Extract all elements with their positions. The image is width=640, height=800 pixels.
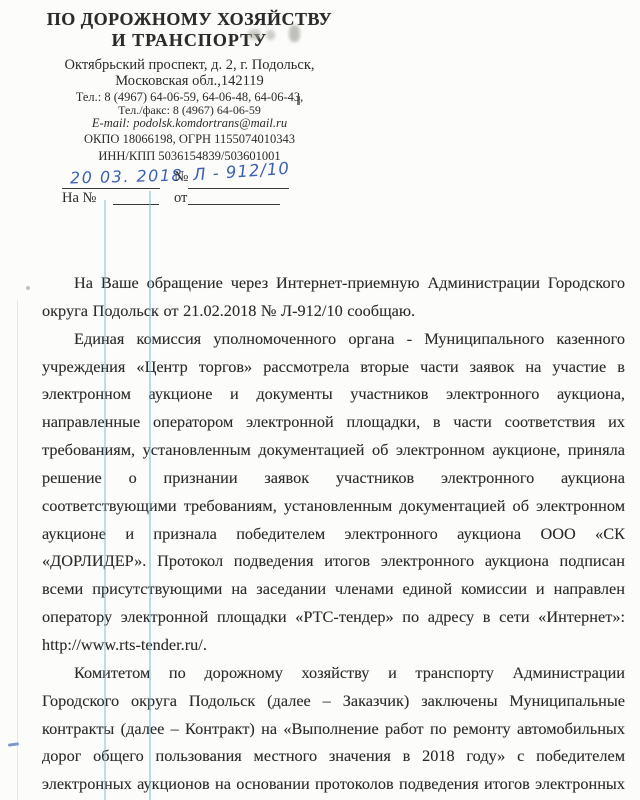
body-line: округа Подольск от 21.02.2018 № Л-912/10… bbox=[42, 297, 625, 325]
body-line: электронных аукционов на основании прото… bbox=[42, 770, 625, 798]
address-line2: Московская обл.,142119 bbox=[22, 74, 357, 89]
scan-artifact-dot bbox=[297, 96, 300, 105]
body-line: направленные оператором электронной площ… bbox=[42, 408, 625, 436]
body-line: «ДОРЛИДЕР». Протокол подведения итогов э… bbox=[42, 547, 625, 575]
number-sign-label: № bbox=[174, 169, 188, 186]
body-line: электронном аукционе и документы участни… bbox=[42, 380, 625, 408]
reply-to-number-label: На № bbox=[62, 190, 96, 207]
number-underline bbox=[188, 188, 289, 189]
body-line: На Ваше обращение через Интернет-приемну… bbox=[42, 269, 625, 297]
phone-line: Тел.: 8 (4967) 64-06-59, 64-06-48, 64-06… bbox=[22, 90, 357, 104]
inn-kpp-line: ИНН/КПП 5036154839/503601001 bbox=[22, 149, 357, 163]
letter-body: На Ваше обращение через Интернет-приемну… bbox=[42, 269, 625, 798]
body-line: Единая комиссия уполномоченного органа -… bbox=[42, 325, 625, 353]
stamp-smudge bbox=[248, 29, 261, 40]
letterhead-org-name-clipped: КОМИТЕТ bbox=[22, 0, 357, 6]
fax-line: Тел./факс: 8 (4967) 64-06-59 bbox=[22, 104, 357, 117]
pen-mark-artifact bbox=[8, 742, 19, 747]
org-name-line1: ПО ДОРОЖНОМУ ХОЗЯЙСТВУ bbox=[22, 8, 357, 30]
address-line1: Октябрьский проспект, д. 2, г. Подольск, bbox=[22, 57, 357, 74]
body-line: требованиям, установленным документацией… bbox=[42, 436, 625, 464]
body-line: учреждения «Центр торгов» рассмотрела вт… bbox=[42, 353, 625, 381]
body-line: решение о признании заявок участников эл… bbox=[42, 464, 625, 492]
date-underline bbox=[62, 188, 160, 189]
org-name-clipped-text: КОМИТЕТ bbox=[22, 0, 357, 6]
scan-fold-line bbox=[17, 300, 18, 800]
okpo-ogrn-line: ОКПО 18066198, ОГРН 1155074010343 bbox=[22, 132, 357, 146]
email-line: E-mail: podolsk.komdortrans@mail.ru bbox=[22, 117, 357, 130]
stamp-smudge bbox=[266, 30, 275, 40]
body-line: дорог общего пользования местного значен… bbox=[42, 742, 625, 770]
org-name-line2: И ТРАНСПОРТУ bbox=[22, 30, 357, 50]
body-line-url: http://www.rts-tender.ru/. bbox=[42, 631, 625, 659]
body-line: Комитетом по дорожному хозяйству и транс… bbox=[42, 659, 625, 687]
body-line: всеми присутствующими на заседании члена… bbox=[42, 575, 625, 603]
scanned-letter-page: КОМИТЕТ ПО ДОРОЖНОМУ ХОЗЯЙСТВУ И ТРАНСПО… bbox=[0, 0, 640, 800]
body-line: Городского округа Подольск (далее – Зака… bbox=[42, 687, 625, 715]
handwritten-outgoing-number: Л - 912/10 bbox=[192, 159, 290, 185]
handwritten-date: 20 03. 2018 bbox=[70, 166, 184, 188]
reply-from-label: от bbox=[174, 190, 187, 207]
stamp-smudge bbox=[289, 25, 300, 42]
body-line: соответствующими требованиям, установлен… bbox=[42, 492, 625, 520]
letterhead: КОМИТЕТ ПО ДОРОЖНОМУ ХОЗЯЙСТВУ И ТРАНСПО… bbox=[22, 0, 357, 163]
body-line: аукционе и признала победителем электрон… bbox=[42, 520, 625, 548]
reply-number-underline bbox=[113, 204, 159, 205]
reply-date-underline bbox=[188, 204, 280, 205]
body-line: оператору электронной площадки «РТС-тенд… bbox=[42, 603, 625, 631]
body-line: контракты (далее – Контракт) на «Выполне… bbox=[42, 715, 625, 743]
scan-artifact-speck bbox=[26, 286, 30, 290]
